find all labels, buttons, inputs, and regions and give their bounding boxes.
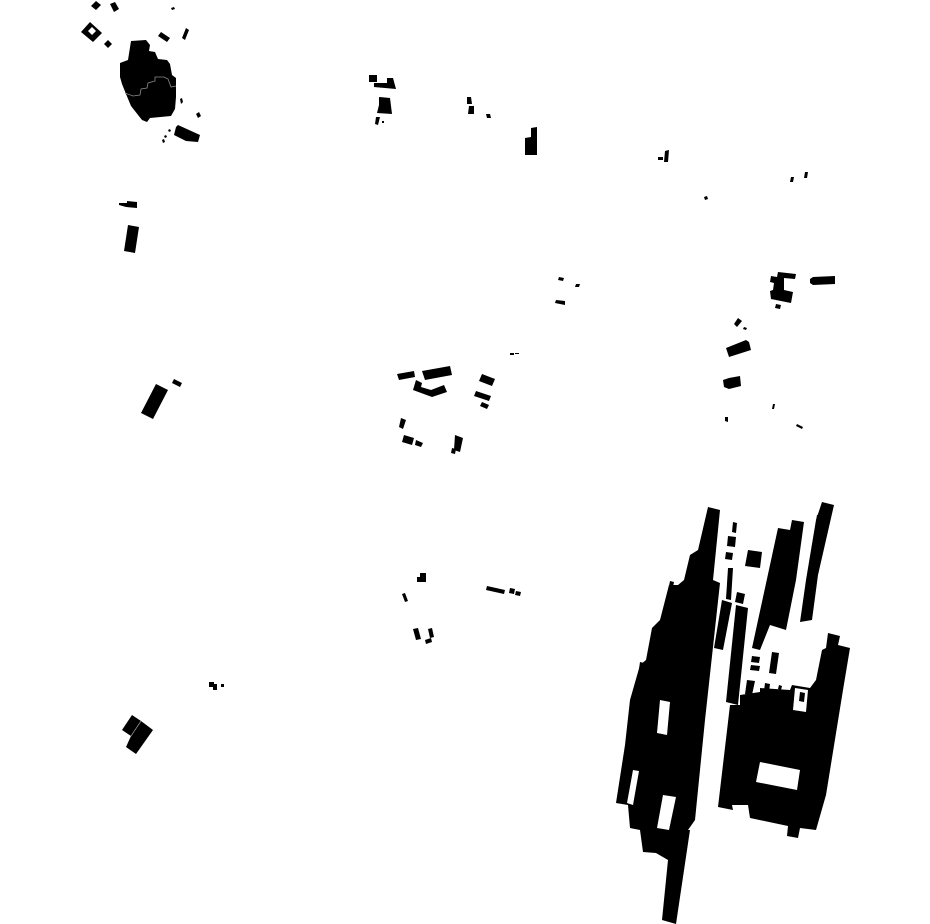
building bbox=[810, 276, 835, 285]
building bbox=[110, 2, 119, 12]
building bbox=[725, 417, 728, 422]
building bbox=[417, 577, 426, 582]
cluster-center-group bbox=[397, 366, 495, 454]
building bbox=[734, 318, 742, 327]
building bbox=[141, 384, 168, 419]
building bbox=[402, 435, 414, 445]
building bbox=[425, 638, 432, 644]
building bbox=[735, 592, 745, 604]
building bbox=[745, 550, 762, 568]
building bbox=[375, 117, 380, 125]
building bbox=[770, 272, 796, 303]
main-building-block bbox=[120, 40, 176, 122]
building bbox=[725, 552, 733, 560]
building bbox=[515, 591, 521, 596]
building bbox=[124, 225, 139, 253]
building bbox=[732, 522, 737, 533]
building bbox=[769, 652, 779, 674]
building bbox=[119, 201, 137, 208]
building bbox=[172, 379, 182, 387]
building bbox=[726, 340, 751, 357]
building bbox=[182, 28, 189, 40]
building bbox=[422, 366, 452, 380]
cluster-east-group bbox=[723, 272, 835, 429]
building bbox=[474, 391, 491, 401]
building bbox=[377, 97, 392, 114]
building bbox=[790, 177, 794, 182]
building bbox=[751, 656, 760, 663]
building bbox=[575, 284, 580, 287]
building-strip bbox=[726, 605, 748, 705]
building bbox=[723, 376, 741, 389]
building bbox=[525, 127, 537, 155]
building bbox=[658, 157, 663, 160]
building bbox=[772, 404, 775, 409]
cluster-northeast-scatter bbox=[658, 150, 808, 200]
building bbox=[413, 628, 421, 640]
building bbox=[515, 353, 519, 354]
building bbox=[509, 588, 515, 594]
building bbox=[486, 586, 505, 594]
building bbox=[664, 150, 669, 162]
building bbox=[796, 424, 803, 429]
building bbox=[164, 135, 167, 138]
building bbox=[555, 300, 565, 305]
cluster-southwest bbox=[122, 682, 224, 754]
building bbox=[382, 121, 384, 123]
building bbox=[196, 112, 201, 118]
building bbox=[415, 440, 423, 447]
building bbox=[799, 692, 805, 702]
building bbox=[804, 172, 808, 178]
building bbox=[413, 380, 447, 397]
cluster-south-central bbox=[402, 573, 521, 644]
building bbox=[558, 277, 564, 281]
building bbox=[726, 568, 733, 600]
building bbox=[397, 371, 415, 380]
cluster-northwest-complex bbox=[81, 1, 201, 143]
building bbox=[480, 402, 489, 409]
building bbox=[451, 448, 456, 454]
building bbox=[162, 139, 165, 143]
building bbox=[479, 374, 495, 386]
building bbox=[727, 536, 736, 547]
building bbox=[510, 353, 514, 355]
building bbox=[104, 40, 112, 48]
building bbox=[374, 78, 396, 89]
building bbox=[745, 680, 755, 695]
building bbox=[171, 7, 175, 10]
building bbox=[775, 304, 781, 309]
building bbox=[743, 327, 747, 330]
building bbox=[399, 418, 406, 429]
building bbox=[174, 125, 200, 142]
cluster-center-small bbox=[510, 277, 580, 355]
cluster-west-singles bbox=[119, 201, 182, 419]
cluster-north-central bbox=[369, 75, 537, 155]
building bbox=[91, 1, 101, 10]
building bbox=[180, 98, 183, 104]
building-slab bbox=[752, 520, 804, 650]
figure-ground-map bbox=[0, 0, 930, 924]
building bbox=[158, 32, 170, 42]
building bbox=[402, 593, 408, 602]
building bbox=[221, 684, 224, 687]
building bbox=[369, 75, 377, 82]
building bbox=[428, 628, 434, 638]
building bbox=[467, 97, 472, 104]
cluster-southeast-dense-block bbox=[616, 502, 850, 924]
building bbox=[750, 665, 760, 671]
building bbox=[420, 573, 426, 577]
building bbox=[468, 106, 474, 114]
building bbox=[486, 114, 491, 118]
building bbox=[168, 129, 171, 132]
building bbox=[213, 684, 217, 690]
building bbox=[704, 196, 708, 200]
